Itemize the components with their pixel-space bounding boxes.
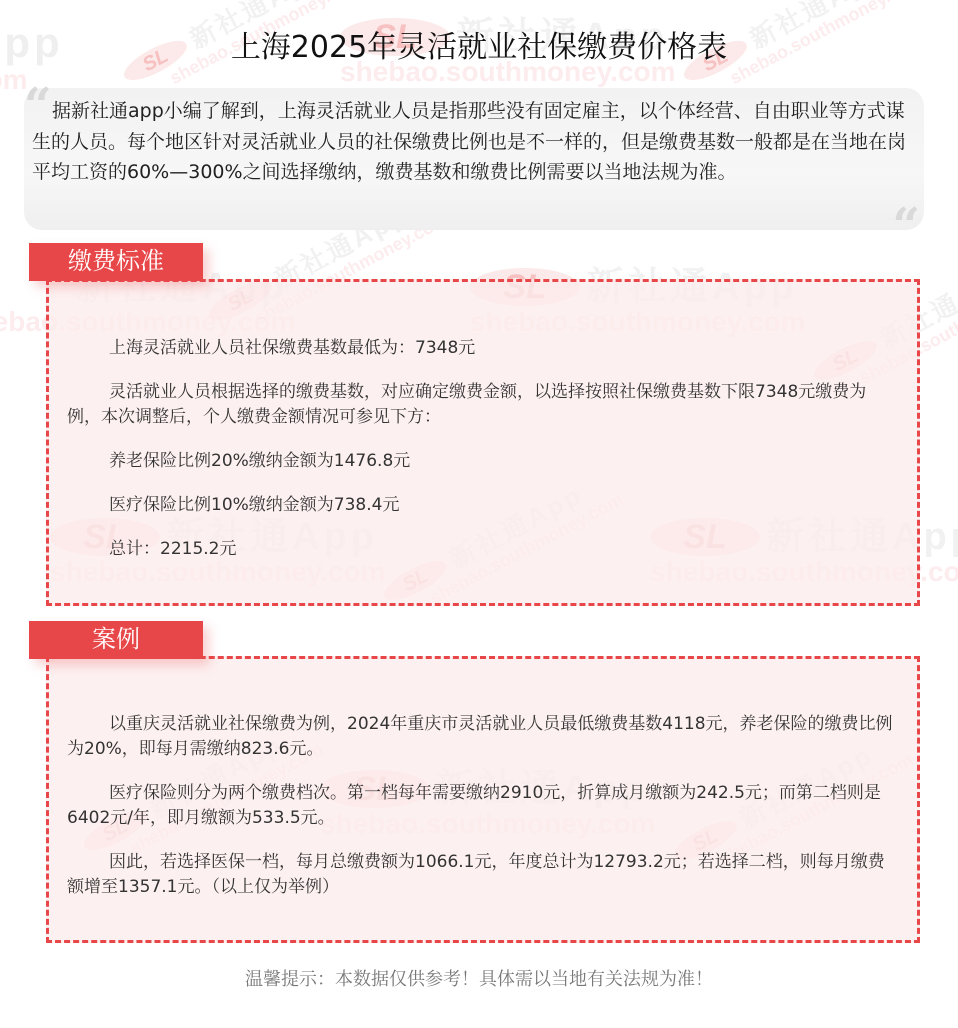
section-heading-payment-standard: 缴费标准	[29, 243, 203, 281]
section-case: 以重庆灵活就业社保缴费为例，2024年重庆市灵活就业人员最低缴费基数4118元，…	[46, 656, 920, 943]
section-heading-case: 案例	[29, 621, 203, 659]
intro-box: “ 据新社通app小编了解到，上海灵活就业人员是指那些没有固定雇主，以个体经营、…	[24, 88, 924, 230]
case-paragraph-summary: 因此，若选择医保一档，每月总缴费额为1066.1元，年度总计为12793.2元；…	[67, 850, 897, 900]
medical-amount-text: 医疗保险比例10%缴纳金额为738.4元	[67, 493, 897, 518]
base-explanation-text: 灵活就业人员根据选择的缴费基数，对应确定缴费金额，以选择按照社保缴费基数下限73…	[67, 380, 897, 430]
page-title: 上海2025年灵活就业社保缴费价格表	[0, 22, 958, 66]
intro-text: 据新社通app小编了解到，上海灵活就业人员是指那些没有固定雇主，以个体经营、自由…	[32, 96, 916, 188]
min-base-text: 上海灵活就业人员社保缴费基数最低为：7348元	[67, 336, 897, 361]
quote-close-icon: “	[892, 202, 920, 250]
total-amount-text: 总计：2215.2元	[67, 537, 897, 562]
section-payment-standard: 上海灵活就业人员社保缴费基数最低为：7348元 灵活就业人员根据选择的缴费基数，…	[46, 279, 920, 606]
pension-amount-text: 养老保险比例20%缴纳金额为1476.8元	[67, 449, 897, 474]
case-paragraph-medical: 医疗保险则分为两个缴费档次。第一档每年需要缴纳2910元，折算成月缴额为242.…	[67, 781, 897, 831]
footer-disclaimer: 温馨提示：本数据仅供参考！具体需以当地有关法规为准！	[0, 965, 958, 991]
case-paragraph-pension: 以重庆灵活就业社保缴费为例，2024年重庆市灵活就业人员最低缴费基数4118元，…	[67, 712, 897, 762]
